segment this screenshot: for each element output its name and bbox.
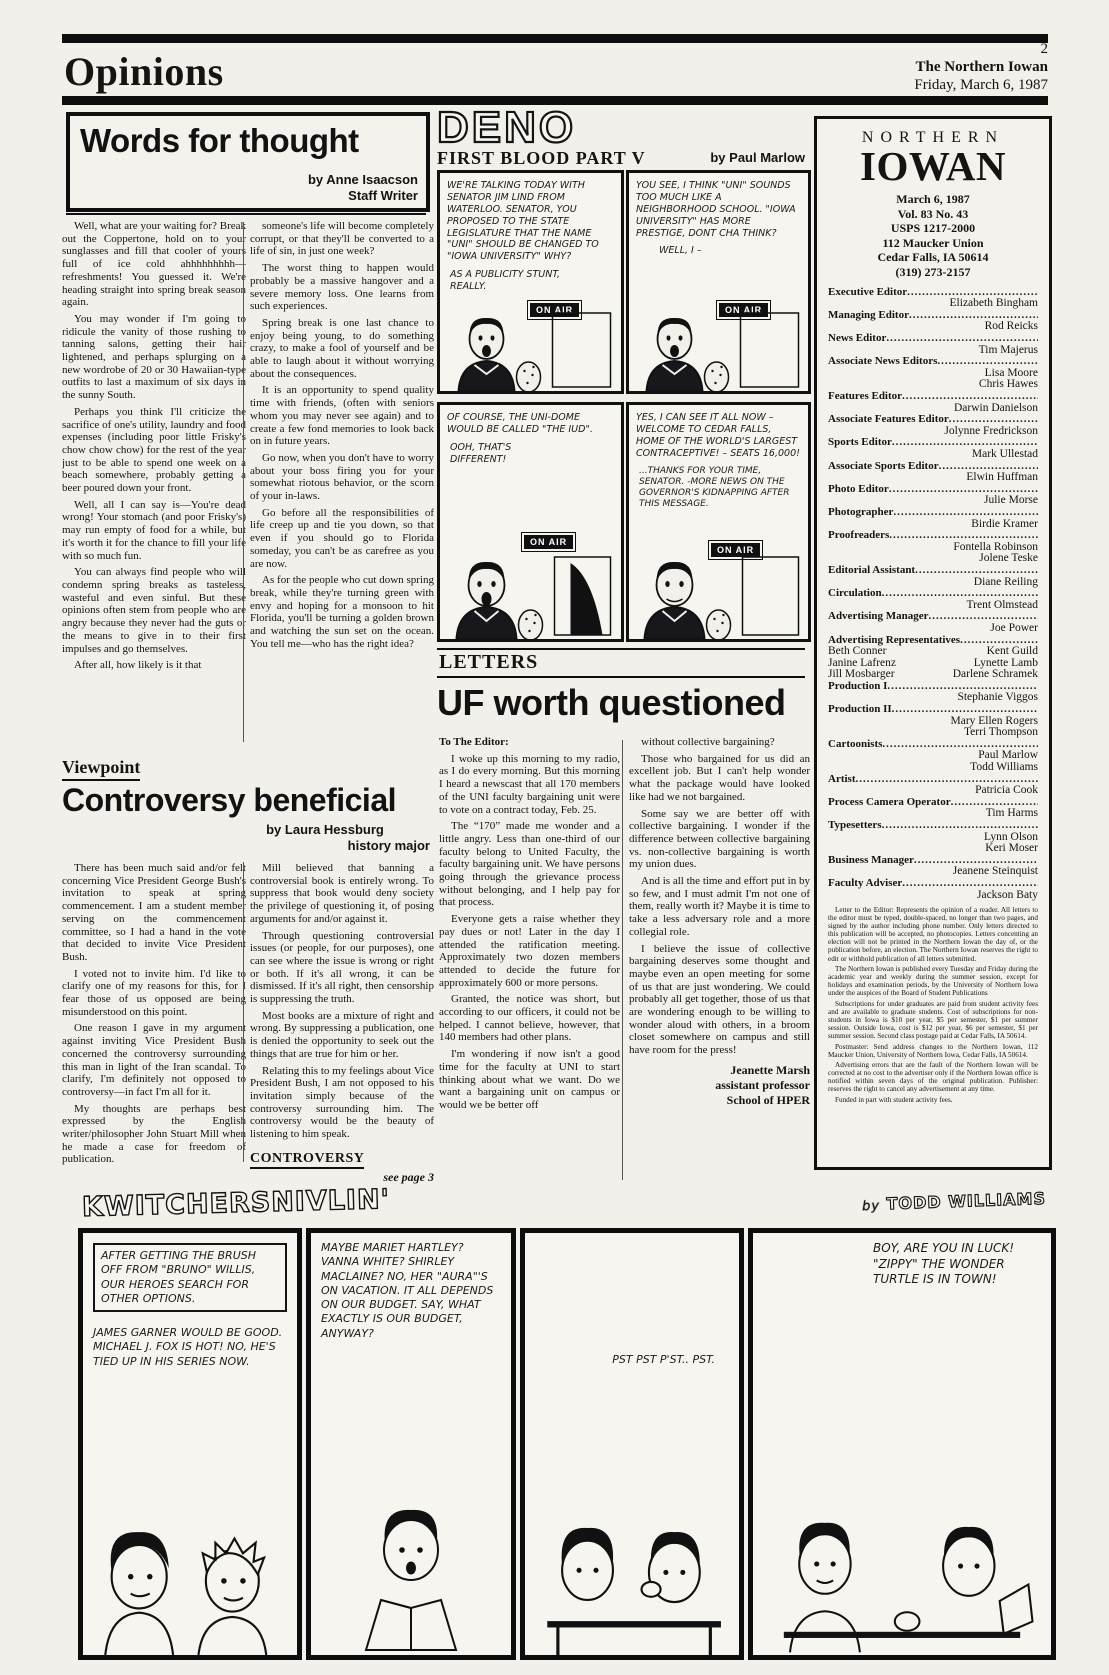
header-rule-top	[62, 34, 1048, 43]
paragraph: And is all the time and effort put in by…	[629, 875, 810, 939]
staff-role: News Editor	[828, 333, 1038, 345]
page-number: 2	[914, 40, 1048, 58]
staff-name: Joe Power	[828, 623, 1038, 635]
letters-rule-bottom	[437, 676, 805, 678]
viewpoint-column-2-paras: Mill believed that banning a controversi…	[250, 862, 434, 1141]
paragraph: You may wonder if I'm going to ridicule …	[62, 313, 246, 402]
strip-panel-4-balloon: BOY, ARE YOU IN LUCK! "ZIPPY" THE WONDER…	[753, 1233, 1051, 1288]
words-headline: Words for thought	[70, 116, 426, 160]
letter-column-2: without collective bargaining?Those who …	[629, 736, 810, 1108]
paragraph: Perhaps you think I'll criticize the sac…	[62, 406, 246, 495]
viewpoint-column-rule	[243, 862, 244, 1162]
staff-role: Production II	[828, 704, 1038, 716]
words-column-rule	[243, 222, 244, 742]
letters-label: LETTERS	[439, 651, 538, 674]
paragraph: Go now, when you don't have to worry abo…	[250, 452, 434, 503]
strip-byline: by TODD WILLIAMS	[862, 1189, 1047, 1214]
paragraph: I woke up this morning to my radio, as I…	[439, 753, 620, 817]
masthead-box: NORTHERN IOWAN March 6, 1987Vol. 83 No. …	[814, 116, 1052, 1170]
letter-signature: Jeanette Marsh assistant professor Schoo…	[629, 1063, 810, 1108]
letters-column-rule	[622, 740, 623, 1180]
paragraph: Well, all I can say is—You're dead wrong…	[62, 499, 246, 563]
newspaper-page: Opinions 2 The Northern Iowan Friday, Ma…	[0, 0, 1109, 1675]
paragraph: Funded in part with student activity fee…	[828, 1096, 1038, 1104]
publication-name: The Northern Iowan	[914, 58, 1048, 76]
paragraph: I'm wondering if now isn't a good time f…	[439, 1048, 620, 1112]
paragraph: Most books are a mixture of right and wr…	[250, 1010, 434, 1061]
deno-logo: DENO	[437, 103, 576, 153]
newscaster-cartoon	[629, 295, 808, 391]
newscaster-cartoon	[629, 543, 808, 639]
paragraph: (319) 273-2157	[828, 265, 1038, 280]
deno-panel-2-balloon: YOU SEE, I THINK "UNI" SOUNDS TOO MUCH L…	[629, 173, 808, 239]
characters-with-newspaper-cartoon	[753, 1475, 1051, 1655]
paragraph: Vol. 83 No. 43	[828, 207, 1038, 222]
strip-panel-1: AFTER GETTING THE BRUSH OFF FROM "BRUNO"…	[78, 1228, 302, 1660]
masthead-fine-print: Letter to the Editor: Represents the opi…	[828, 906, 1038, 1104]
masthead-staff-list: Executive EditorElizabeth BinghamManagin…	[828, 287, 1038, 901]
paragraph: March 6, 1987	[828, 192, 1038, 207]
paragraph: Through questioning controversial issues…	[250, 930, 434, 1006]
paragraph: USPS 1217-2000	[828, 221, 1038, 236]
paragraph: Subscriptions for under graduates are pa…	[828, 1000, 1038, 1040]
strip-byline-name: TODD WILLIAMS	[886, 1189, 1046, 1214]
viewpoint-kicker: Viewpoint	[62, 757, 140, 781]
character-reading-cartoon	[311, 1475, 511, 1655]
paragraph: There has been much said and/or felt con…	[62, 862, 246, 964]
two-characters-cartoon	[83, 1475, 297, 1655]
strip-title: KWITCHERSNIVLIN'	[82, 1184, 391, 1223]
paragraph: I voted not to invite him. I'd like to c…	[62, 968, 246, 1019]
strip-panel-2-balloon: MAYBE MARIET HARTLEY? VANNA WHITE? SHIRL…	[311, 1233, 511, 1341]
staff-names-grid: Beth ConnerKent GuildJanine LafrenzLynet…	[828, 646, 1038, 681]
strip-panel-2: MAYBE MARIET HARTLEY? VANNA WHITE? SHIRL…	[306, 1228, 516, 1660]
viewpoint-column-1: There has been much said and/or felt con…	[62, 862, 246, 1187]
letters-rule-top	[437, 648, 805, 650]
paragraph: Go before all the responsibilities of li…	[250, 507, 434, 571]
deno-panel-4-balloon: YES, I CAN SEE IT ALL NOW – WELCOME TO C…	[629, 405, 808, 460]
deno-panel-1-balloon: WE'RE TALKING TODAY WITH SENATOR JIM LIN…	[440, 173, 621, 263]
deno-subtitle: FIRST BLOOD PART V	[437, 148, 646, 169]
strip-panel-3: PST PST P'ST.. PST.	[520, 1228, 744, 1660]
section-title: Opinions	[64, 48, 224, 95]
issue-date: Friday, March 6, 1987	[914, 76, 1048, 94]
paragraph: Mill believed that banning a controversi…	[250, 862, 434, 926]
paragraph: The worst thing to happen would probably…	[250, 262, 434, 313]
staff-name: Jackson Baty	[828, 890, 1038, 902]
paragraph: Letter to the Editor: Represents the opi…	[828, 906, 1038, 962]
viewpoint-headline: Controversy beneficial	[62, 782, 396, 819]
paragraph: Everyone gets a raise whether they pay d…	[439, 913, 620, 989]
strip-panel-3-balloon: PST PST P'ST.. PST.	[525, 1233, 739, 1367]
words-headline-box: Words for thought by Anne Isaacson Staff…	[66, 112, 430, 212]
staff-name: Mark Ullestad	[828, 449, 1038, 461]
paragraph: 112 Maucker Union	[828, 236, 1038, 251]
deno-panel-4: YES, I CAN SEE IT ALL NOW – WELCOME TO C…	[626, 402, 811, 642]
strip-panel-1-balloon: JAMES GARNER WOULD BE GOOD. MICHAEL J. F…	[83, 1318, 297, 1369]
deno-panel-1-balloon-2: AS A PUBLICITY STUNT, REALLY.	[440, 263, 569, 293]
controversy-jump-label: CONTROVERSY	[250, 1151, 364, 1169]
staff-role: Typesetters	[828, 820, 1038, 832]
newscaster-cartoon	[440, 295, 621, 391]
words-double-rule-2	[66, 213, 426, 215]
paragraph: Postmaster: Send address changes to the …	[828, 1043, 1038, 1059]
header-right: 2 The Northern Iowan Friday, March 6, 19…	[914, 40, 1048, 94]
letter-column-1-paras: I woke up this morning to my radio, as I…	[439, 753, 620, 1112]
strip-panel-4: BOY, ARE YOU IN LUCK! "ZIPPY" THE WONDER…	[748, 1228, 1056, 1660]
deno-panel-4-balloon-2: ...THANKS FOR YOUR TIME, SENATOR. -MORE …	[629, 460, 800, 511]
paragraph: Cedar Falls, IA 50614	[828, 250, 1038, 265]
controversy-jump-page: see page 3	[250, 1171, 434, 1185]
paragraph: The “170” made me wonder and a little an…	[439, 820, 620, 909]
deno-panel-3-balloon-2: OOH, THAT'S DIFFERENT!	[440, 436, 569, 466]
paragraph: without collective bargaining?	[629, 736, 810, 749]
paragraph: One reason I gave in my argument against…	[62, 1022, 246, 1098]
deno-panel-3: OF COURSE, THE UNI-DOME WOULD BE CALLED …	[437, 402, 624, 642]
staff-role: Proofreaders	[828, 530, 1038, 542]
staff-role: Faculty Adviser	[828, 878, 1038, 890]
staff-role: Features Editor	[828, 391, 1038, 403]
deno-panel-1: WE'RE TALKING TODAY WITH SENATOR JIM LIN…	[437, 170, 624, 394]
whispering-characters-cartoon	[525, 1475, 739, 1655]
words-byline: by Anne Isaacson Staff Writer	[308, 172, 418, 205]
letter-salutation: To The Editor:	[439, 736, 620, 749]
masthead-info: March 6, 1987Vol. 83 No. 43USPS 1217-200…	[828, 192, 1038, 280]
words-column-1: Well, what are your waiting for? Break o…	[62, 220, 246, 755]
paragraph: Advertising errors that are the fault of…	[828, 1061, 1038, 1093]
paragraph: My thoughts are perhaps best expressed b…	[62, 1103, 246, 1167]
deno-panel-2-balloon-2: WELL, I –	[629, 239, 777, 257]
letter-column-1: To The Editor: I woke up this morning to…	[439, 736, 620, 1116]
letter-column-2-paras: without collective bargaining?Those who …	[629, 736, 810, 1057]
deno-panel-3-balloon: OF COURSE, THE UNI-DOME WOULD BE CALLED …	[440, 405, 621, 436]
words-column-2: someone's life will become completely co…	[250, 220, 434, 755]
strip-panel-1-caption: AFTER GETTING THE BRUSH OFF FROM "BRUNO"…	[93, 1243, 287, 1312]
paragraph: Some say we are better off with collecti…	[629, 808, 810, 872]
paragraph: You can always find people who will cond…	[62, 566, 246, 655]
staff-role: Editorial Assistant	[828, 565, 1038, 577]
deno-byline: by Paul Marlow	[660, 150, 805, 166]
deno-panel-2: YOU SEE, I THINK "UNI" SOUNDS TOO MUCH L…	[626, 170, 811, 394]
viewpoint-byline: by Laura Hessburg history major	[220, 822, 430, 855]
staff-role: Circulation	[828, 588, 1038, 600]
paragraph: I believe the issue of collective bargai…	[629, 943, 810, 1057]
viewpoint-kicker-wrap: Viewpoint	[62, 757, 140, 781]
words-double-rule-1	[66, 209, 426, 211]
paragraph: After all, how likely is it that	[62, 659, 246, 672]
paragraph: The Northern Iowan is published every Tu…	[828, 965, 1038, 997]
letters-headline: UF worth questioned	[437, 682, 785, 724]
paragraph: Spring break is one last chance to enjoy…	[250, 317, 434, 381]
paragraph: Relating this to my feelings about Vice …	[250, 1065, 434, 1141]
staff-role: Photographer	[828, 507, 1038, 519]
newscaster-cartoon	[440, 543, 621, 639]
strip-byline-prefix: by	[862, 1199, 880, 1215]
paragraph: Granted, the notice was short, but accor…	[439, 993, 620, 1044]
paragraph: It is an opportunity to spend quality ti…	[250, 384, 434, 448]
masthead-title: IOWAN	[828, 147, 1038, 186]
paragraph: As for the people who cut down spring br…	[250, 574, 434, 650]
paragraph: Well, what are your waiting for? Break o…	[62, 220, 246, 309]
viewpoint-column-2: Mill believed that banning a controversi…	[250, 862, 434, 1185]
paragraph: someone's life will become completely co…	[250, 220, 434, 258]
paragraph: Those who bargained for us did an excell…	[629, 753, 810, 804]
staff-name: Todd Williams	[828, 762, 1038, 774]
